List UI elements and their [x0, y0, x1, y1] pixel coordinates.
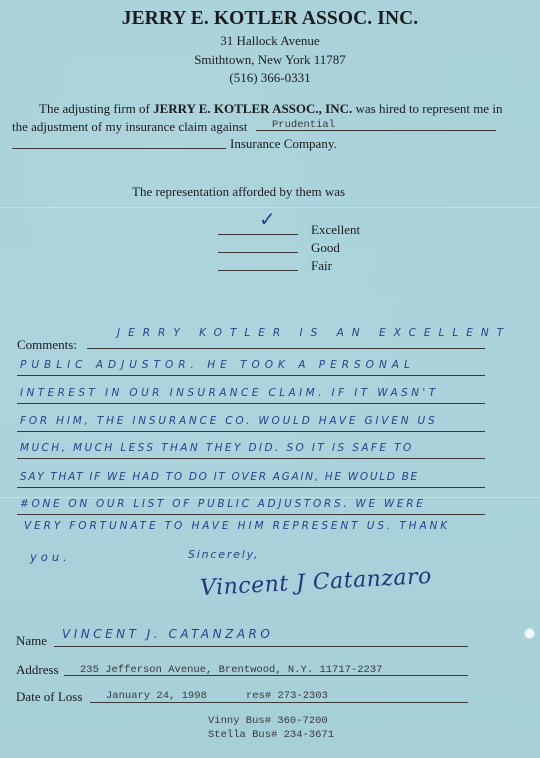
company-street: 31 Hallock Avenue: [0, 33, 540, 49]
footer-note: Stella Bus# 234-3671: [208, 729, 334, 741]
statement-line-2: the adjustment of my insurance claim aga…: [12, 119, 247, 135]
name-field-line: [54, 646, 468, 647]
comment-line: very fortunate to have him represent us.…: [24, 520, 450, 532]
rating-fair-label: Fair: [311, 258, 332, 274]
rating-good-line[interactable]: [218, 252, 298, 253]
rating-prompt: The representation afforded by them was: [132, 184, 345, 200]
rating-excellent-label: Excellent: [311, 222, 360, 238]
comment-line: for him, the insurance co. would have gi…: [20, 415, 437, 427]
comment-line: Jerry Kotler is an excellent: [117, 327, 511, 339]
address-label: Address: [16, 662, 59, 678]
res-number: res# 273-2303: [246, 690, 328, 702]
statement-line-3: Insurance Company.: [230, 136, 337, 152]
company-phone: (516) 366-0331: [0, 70, 540, 86]
footer-note: Vinny Bus# 360-7200: [208, 715, 328, 727]
date-of-loss-label: Date of Loss: [16, 689, 82, 705]
name-field[interactable]: Vincent J. Catanzaro: [62, 627, 273, 641]
statement-line-1: The adjusting firm of JERRY E. KOTLER AS…: [39, 101, 502, 117]
closing: Sincerely,: [188, 548, 259, 561]
comment-line: public adjustor. He took a personal: [20, 359, 415, 371]
comment-line: say that if we had to do it over again, …: [20, 471, 419, 483]
comment-line: #one on our list of Public Adjustors. We…: [20, 498, 426, 510]
rating-excellent-line[interactable]: [218, 234, 298, 235]
signature: Vincent J Catanzaro: [200, 564, 433, 601]
check-mark-icon: ✓: [259, 207, 276, 231]
comments-label: Comments:: [17, 337, 77, 353]
comment-line: you.: [30, 550, 71, 564]
punch-hole: [525, 629, 534, 638]
insurer-field-line-2: [12, 148, 226, 149]
rating-good-label: Good: [311, 240, 340, 256]
comment-line: interest in our insurance claim. If it w…: [20, 387, 439, 399]
form-page: JERRY E. KOTLER ASSOC. INC. 31 Hallock A…: [0, 0, 540, 758]
date-of-loss-field-line: [90, 702, 468, 703]
name-label: Name: [16, 633, 47, 649]
company-name: JERRY E. KOTLER ASSOC. INC.: [0, 8, 540, 30]
date-of-loss-field[interactable]: January 24, 1998: [106, 690, 207, 702]
company-city: Smithtown, New York 11787: [0, 52, 540, 68]
comment-line: much, much less than they did. So it is …: [20, 442, 414, 454]
rating-fair-line[interactable]: [218, 270, 298, 271]
insurer-field[interactable]: Prudential: [272, 119, 335, 131]
address-field[interactable]: 235 Jefferson Avenue, Brentwood, N.Y. 11…: [80, 664, 382, 676]
